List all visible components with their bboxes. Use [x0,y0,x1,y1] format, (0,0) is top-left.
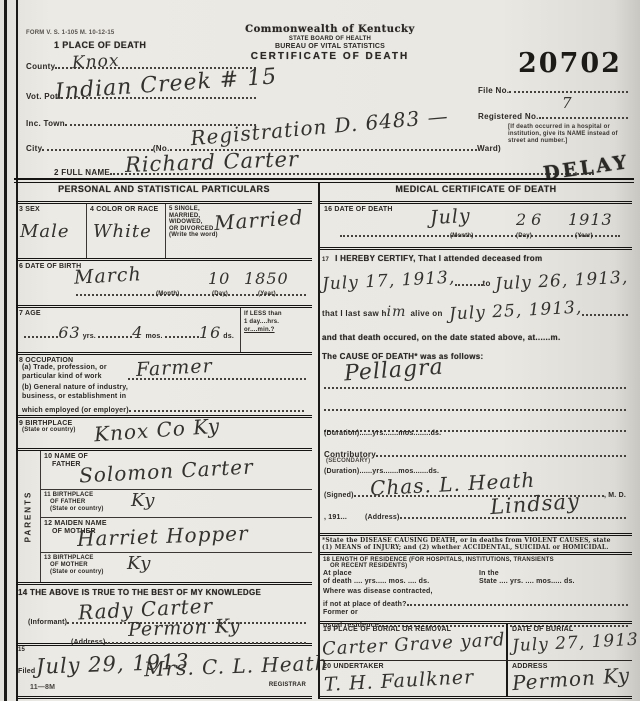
burial-place-cell: 19 PLACE OF BURIAL OR REMOVAL Carter Gra… [320,624,508,660]
mother-birthplace-label: 13 BIRTHPLACE OF MOTHER (State or countr… [41,553,312,576]
dotted-leader [165,327,199,338]
age-label: 7 AGE [16,308,240,317]
age-mos-unit: mos. [145,333,162,340]
certify-line1: I HEREBY CERTIFY, That I attended deceas… [335,254,542,263]
age-ds-unit: ds. [223,333,234,340]
dotted-leader [128,369,306,380]
dotted-leader [455,275,482,286]
dotted-leader [539,108,628,119]
dotted-leader [24,327,58,338]
inc-town-label: Inc. Town [26,119,65,128]
org-line3: BUREAU OF VITAL STATISTICS [230,43,430,50]
death-certificate-scan: FORM V. S. 1-105 M. 10-12-15 1 PLACE OF … [0,0,640,701]
cause-dotted-2 [324,400,626,411]
marital-cell: 5 SINGLE, MARRIED, WIDOWED, OR DIVORCED … [166,204,312,258]
year-blank: , 191... [324,514,347,521]
burial-date-value: July 27, 1913 [512,630,640,657]
informant-address-value: Permon Ky [128,615,241,641]
cause-dotted-1 [324,378,626,389]
burial-place-value: Carter Grave yard [322,629,506,660]
contracted-line: if not at place of death? [320,595,632,608]
in-state-label: In the State .... yrs. .... mos..... ds. [473,569,575,586]
burial-row: 19 PLACE OF BURIAL OR REMOVAL Carter Gra… [320,624,632,661]
contracted-label-2: if not at place of death? [323,601,407,608]
registrar-label: REGISTRAR [269,682,306,688]
parents-fields: 10 NAME OF FATHER Solomon Carter 11 BIRT… [41,451,312,582]
dotted-leader [509,82,628,93]
secondary-label: (SECONDARY) [326,458,370,464]
last-saw-pre: that I last saw h [322,309,387,318]
city-ward-label: Ward) [477,144,501,153]
personal-section: PERSONAL AND STATISTICAL PARTICULARS 3 S… [16,182,312,699]
birthplace-row: 9 BIRTHPLACE (State or country) Knox Co … [16,418,312,451]
dotted-leader [407,595,628,606]
age-row: 7 AGE 63 yrs. 4 mos. 16 ds. If LESS than… [16,308,312,355]
mother-birthplace-value: Ky [127,553,151,574]
dod-row: 16 DATE OF DEATH July 26 1913 (Month) (D… [320,204,632,250]
dod-month-caption: (Month) [450,233,473,239]
parents-strip: PARENTS [16,451,41,582]
undertaker-address-cell: ADDRESS Permon Ky [508,661,632,696]
age-less-note: If LESS than 1 day....hrs. or....min.? [244,310,312,334]
undertaker-cell: 20 UNDERTAKER T. H. Faulkner [320,661,508,696]
occupation-b-label: (b) General nature of industry, business… [16,381,312,416]
org-line1: Commonwealth of Kentucky [230,24,430,35]
undertaker-value: T. H. Faulkner [324,666,475,696]
form-print-code: FORM V. S. 1-105 M. 10-12-15 [26,30,114,36]
dotted-leader [324,378,626,389]
footer-form-code: 11—8M [30,684,55,691]
age-less-cell: If LESS than 1 day....hrs. or....min.? [240,308,312,352]
md-suffix: , M. D. [604,492,626,499]
full-name-label: 2 FULL NAME [54,168,110,177]
age-cell: 7 AGE 63 yrs. 4 mos. 16 ds. [16,308,240,352]
dotted-leader [324,400,626,411]
parents-block: PARENTS 10 NAME OF FATHER Solomon Carter… [16,451,312,585]
city-label: City [26,144,42,153]
registered-no-line: Registered No. [478,108,628,121]
dod-year-caption: (Year) [575,233,593,239]
residence-block: 18 LENGTH OF RESIDENCE (FOR HOSPITALS, I… [320,555,632,624]
signed-label: (Signed) [324,492,354,499]
race-value: White [93,221,165,242]
filed-block: 15 Filed July 29, 1913 Mrs. C. L. Heath … [16,646,312,699]
father-birthplace-value: Ky [131,490,155,511]
certificate-title: CERTIFICATE OF DEATH [230,51,430,62]
org-line2: STATE BOARD OF HEALTH [230,36,430,42]
mother-name-value: Harriet Hopper [77,521,249,551]
to-label: to [483,279,491,288]
sex-race-marital-row: 3 SEX Male 4 COLOR OR RACE White 5 SINGL… [16,204,312,261]
file-no-line: File No. [478,82,628,95]
medical-section: MEDICAL CERTIFICATE OF DEATH 16 DATE OF … [318,182,632,699]
mother-birthplace-row: 13 BIRTHPLACE OF MOTHER (State or countr… [41,553,312,584]
hospital-note: [If death occurred in a hospital or inst… [508,124,626,145]
mother-name-row: 12 MAIDEN NAME OF MOTHER Harriet Hopper [41,518,312,553]
death-occurred-line: and that death occured, on the date stat… [320,321,632,342]
informant-address-label: (Address) [71,639,105,646]
residence-duration-row: At place of death .... yrs..... mos. ...… [320,569,632,586]
burial-date-cell: DATE OF BURIAL July 27, 1913 [508,624,632,660]
county-label: County [26,62,55,71]
certificate-number: 20702 [518,48,622,79]
place-of-death-label: 1 PLACE OF DEATH [54,40,146,50]
cause-label: The CAUSE OF DEATH* was as follows: [320,342,632,361]
certify-heading: 17 I HEREBY CERTIFY, That I attended dec… [320,250,632,263]
dotted-leader [376,446,626,457]
footnote-line-1: *State the DISEASE CAUSING DEATH, or in … [322,537,630,544]
father-birthplace-row: 11 BIRTHPLACE OF FATHER (State or countr… [41,490,312,518]
age-days: 16 [199,323,221,342]
footnote-block: *State the DISEASE CAUSING DEATH, or in … [320,536,632,555]
personal-section-title: PERSONAL AND STATISTICAL PARTICULARS [16,182,312,204]
last-saw-hw: im [387,304,407,320]
registered-no-value: 7 [562,94,573,112]
age-value-line: 63 yrs. 4 mos. 16 ds. [24,323,236,342]
dotted-leader [582,305,628,316]
sex-cell: 3 SEX Male [16,204,87,258]
contracted-label-1: Where was disease contracted, [320,586,632,595]
dod-day-caption: (Day) [516,233,532,239]
age-yrs-unit: yrs. [83,333,96,340]
informant-block: 14 THE ABOVE IS TRUE TO THE BEST OF MY K… [16,585,312,646]
filed-by: Mrs. C. L. Heath [144,651,329,681]
last-saw-line: that I last saw h im alive on July 25, 1… [320,291,632,321]
certify-item-number: 17 [322,257,329,263]
signed-address-label: (Address) [365,514,399,521]
sex-value: Male [20,221,86,242]
address-line: , 191... (Address) [324,508,626,521]
certify-block: 17 I HEREBY CERTIFY, That I attended dec… [320,250,632,536]
occupation-dotted [128,369,306,380]
informant-label: (Informant) [28,619,67,626]
footnote-line-2: (1) MEANS of INJURY; and (2) whether ACC… [322,544,630,551]
agency-header: Commonwealth of Kentucky STATE BOARD OF … [230,24,430,62]
filed-label: Filed [18,668,35,675]
race-cell: 4 COLOR OR RACE White [87,204,166,258]
last-saw-mid: alive on [410,309,442,318]
father-birthplace-label: 11 BIRTHPLACE OF FATHER (State or countr… [41,490,312,513]
dob-day-caption: (Day) [212,291,228,297]
sex-label: 3 SEX [16,204,86,213]
file-no-label: File No. [478,86,509,95]
parents-label: PARENTS [24,491,33,543]
residence-label-1: 18 LENGTH OF RESIDENCE (FOR HOSPITALS, I… [320,555,632,563]
age-years: 63 [58,323,80,342]
dob-year-caption: (Year) [258,291,276,297]
dotted-leader [42,140,153,151]
race-label: 4 COLOR OR RACE [87,204,165,213]
duration-line-1: (Duration)......yrs.......mos........ds. [324,430,441,437]
county-value: Knox [72,51,120,73]
dob-month-caption: (Month) [156,291,179,297]
dob-row: 6 DATE OF BIRTH March 10 1850 (Month) (D… [16,261,312,308]
father-name-row: 10 NAME OF FATHER Solomon Carter [41,451,312,490]
attended-line: July 17, 1913, to July 26, 1913, [320,263,632,291]
registered-no-label: Registered No. [478,112,539,121]
occupation-row: 8 OCCUPATION (a) Trade, profession, or p… [16,355,312,418]
undertaker-row: 20 UNDERTAKER T. H. Faulkner ADDRESS Per… [320,661,632,699]
dotted-leader [129,401,304,412]
at-place-label: At place of death .... yrs..... mos. ...… [320,569,473,586]
age-months: 4 [132,323,143,342]
medical-section-title: MEDICAL CERTIFICATE OF DEATH [320,182,632,204]
dotted-leader [98,327,132,338]
former-label-1: Former or [320,608,632,616]
